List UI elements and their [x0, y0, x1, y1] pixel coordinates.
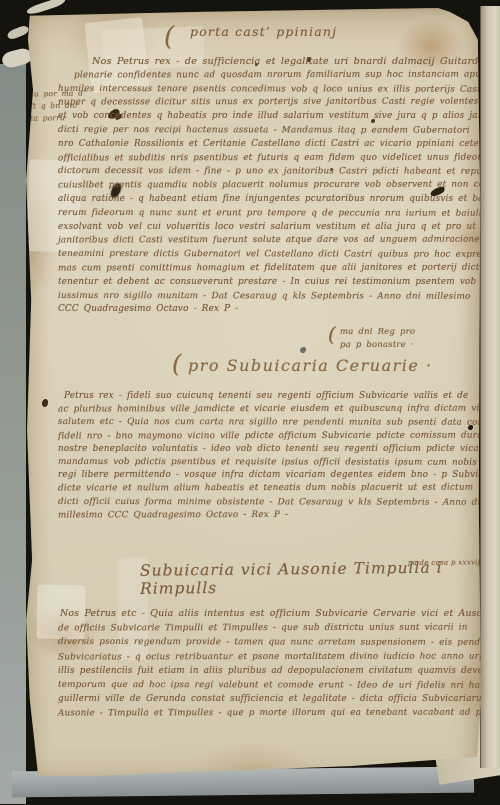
- entry-3-side-note: pa de casa p xxxvij: [408, 558, 481, 567]
- text-line: mandamus vob pdictis psentibus et requis…: [58, 456, 482, 470]
- next-page-edge: [480, 6, 500, 768]
- text-line: dicte vicarie et nullum alium habeatis e…: [58, 482, 482, 496]
- text-line: exsolvant vob vel cui volueritis loco ve…: [58, 221, 482, 235]
- text-line: Ausonie - Timpulla et Timpulles - que p …: [58, 706, 482, 721]
- book-cradle-left-strip: [0, 64, 26, 804]
- text-line: janitoribus dicti Casti vestitum fuerunt…: [58, 234, 482, 249]
- text-line: Petrus rex - fideli suo cuicunq tenenti …: [64, 390, 482, 403]
- text-line: officialibus et subditis nris psentibus …: [58, 151, 482, 166]
- paren-flourish: (: [164, 22, 175, 52]
- scribal-note-lines: ma dni Reg propa p bonastre ·: [340, 326, 415, 352]
- text-line: temporum que ad hoc ipsa regi valebunt e…: [58, 678, 482, 693]
- text-line: rerum fideorum q nunc sunt et erunt pro …: [58, 207, 482, 222]
- text-line: CCC Quadragesimo Octavo - Rex P -: [58, 303, 482, 317]
- text-line: aliqua ratione - q habeant etiam fine in…: [58, 193, 482, 207]
- ink-blot: [42, 399, 48, 407]
- text-line: nostre beneplacito voluntatis - ideo vob…: [58, 443, 482, 456]
- folio-stack-edge: [26, 0, 67, 16]
- rubric-heading-text: porta cast’ ppinianj: [190, 24, 337, 39]
- text-line: dictorum decessit vos idem - fine - p un…: [58, 165, 482, 180]
- wormhole-spot: [300, 347, 306, 353]
- entry-3-text-block: Nos Petrus etc - Quia aliis intentus est…: [58, 607, 482, 721]
- text-line: cuiuslibet psentis quamdiu nobis placuer…: [58, 179, 482, 194]
- paren-flourish: (: [172, 350, 183, 378]
- text-line: ac pluribus hominibus ville jamdicte et …: [58, 403, 482, 417]
- text-line: guillermi ville de Gerunda constat suffi…: [58, 692, 482, 706]
- text-line: salutem etc - Quia nos cum carta nra sig…: [58, 416, 482, 430]
- text-line: fideli nro - bno maymono vicino ville pd…: [58, 429, 482, 443]
- scribal-note-right: ( ma dni Reg propa p bonastre ·: [340, 326, 415, 352]
- text-line: de officiis Subvicarie Timpulli et Timpu…: [58, 621, 482, 636]
- text-line: Subvicariatus - q ocius retribuantur et …: [58, 649, 482, 664]
- entry-3-heading-text: Subuicaria vici Ausonie Timpulla i Rimpu…: [140, 559, 443, 598]
- text-line: diversis psonis regendum provide - tamen…: [58, 635, 482, 650]
- scribal-note-line: pa p bonastre ·: [340, 339, 415, 352]
- entry-2-heading: ( pro Subuicaria Ceruarie ·: [188, 356, 433, 375]
- entry-2-heading-text: pro Subuicaria Ceruarie ·: [188, 356, 433, 375]
- text-line: Nos Petrus rex - de sufficiencia et lega…: [92, 55, 482, 69]
- text-line: tenentur et debent ac consueverunt prest…: [58, 276, 482, 290]
- rubric-heading: ( porta cast’ ppinianj: [168, 24, 337, 39]
- folio-stack-edge: [1, 47, 34, 70]
- text-line: mas cum psenti comittimus homagium et fi…: [58, 262, 482, 277]
- text-line: dicti officii cuius forma minime obsiste…: [58, 496, 482, 510]
- entry-3-heading: Subuicaria vici Ausonie Timpulla i Rimpu…: [140, 558, 482, 598]
- text-line: millesimo CCC Quadragesimo Octavo - Rex …: [58, 508, 482, 522]
- paren-flourish: (: [328, 328, 336, 341]
- text-line: teneamini prestare dictis Gubernatori ve…: [58, 248, 482, 263]
- text-line: illis pestilenciis fuit etiam in aliis p…: [58, 664, 482, 678]
- text-line: iussimus nro sigillo munitam - Dat Cesar…: [58, 289, 482, 304]
- folio-stack-edge: [6, 24, 30, 41]
- manuscript-photo: ( porta cast’ ppinianj su por ma d’ft q …: [0, 0, 500, 805]
- text-line: plenarie confidentes nunc ad quosdam nro…: [74, 68, 482, 83]
- text-line: et vob concedentes q habeatis pro inde i…: [58, 110, 482, 124]
- text-line: Nos Petrus etc - Quia aliis intentus est…: [60, 607, 482, 621]
- parchment-page: ( porta cast’ ppinianj su por ma d’ft q …: [22, 8, 482, 780]
- text-line: nro Cathalonie Rossilionis et Ceritanie …: [58, 138, 482, 152]
- text-line: dicti regie per nos recipi hactenus assu…: [58, 124, 482, 139]
- entry-1-text-block: Nos Petrus rex - de sufficiencia et lega…: [58, 55, 482, 317]
- text-line: nuper q decessisse dicitur sitis unus ex…: [58, 96, 482, 111]
- entry-2-text-block: Petrus rex - fideli suo cuicunq tenenti …: [58, 390, 482, 522]
- text-line: regi libere permittendo - vosque infra d…: [58, 469, 482, 482]
- scribal-note-line: ma dni Reg pro: [340, 326, 415, 339]
